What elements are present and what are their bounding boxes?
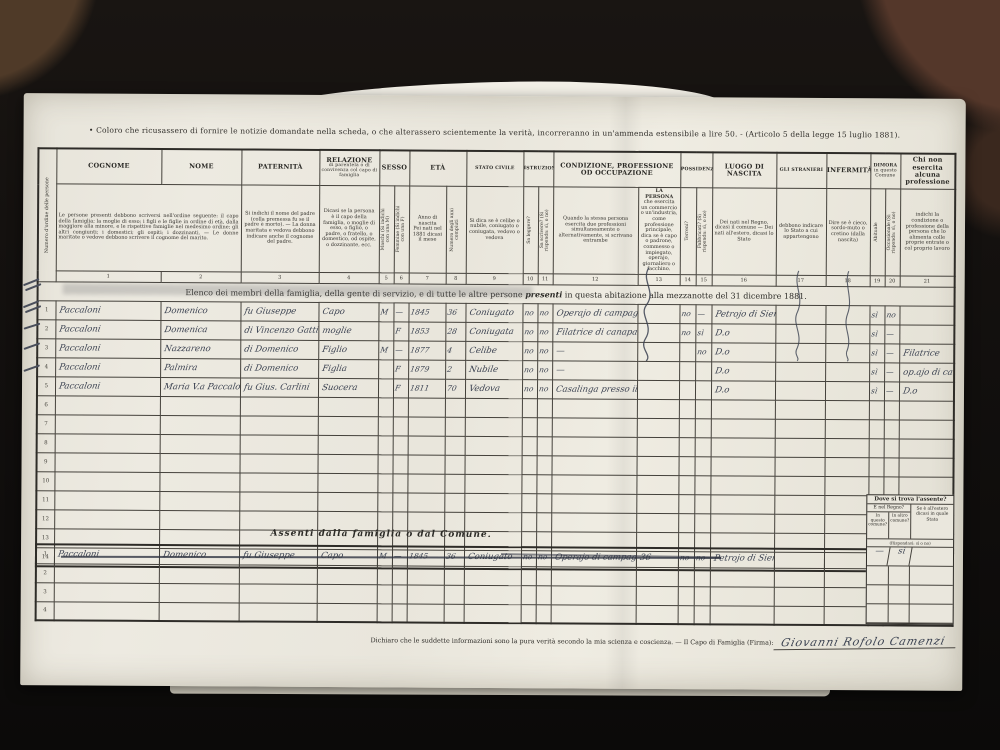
col-header-dimora: DIMORAin questo Comune [870, 153, 900, 189]
cell-paternita [239, 511, 317, 530]
cell-chi_non [899, 306, 954, 325]
cell-condizione [551, 494, 636, 514]
cell-legge [521, 585, 536, 604]
cell-paternita [239, 583, 317, 602]
cell-m: M [378, 341, 393, 360]
cell-nome: Maria V.a Paccaloni [160, 377, 240, 396]
head-of-family-signature: Giovanni Rofolo Camenzi [774, 634, 960, 650]
cell-cognome [55, 415, 160, 435]
cell-m [378, 417, 393, 436]
cell-occasionale: — [884, 363, 899, 382]
cell-cognome: Paccaloni [55, 301, 160, 321]
cell-infermita [824, 514, 868, 533]
cell-infermita [825, 400, 869, 419]
cell-relazione [317, 603, 377, 622]
cell-terreni [679, 457, 695, 476]
cell-luogo: D.o [711, 362, 775, 381]
cell-infermita [825, 438, 869, 457]
cell-occasionale [884, 439, 899, 458]
cell-stranieri [774, 495, 824, 514]
col-header-nome: NOME [161, 149, 241, 185]
cell-luogo [710, 495, 774, 514]
column-number: 1 [56, 271, 161, 283]
cell-occasionale: — [884, 325, 899, 344]
cell-terreni [678, 495, 694, 514]
cell-persona [637, 437, 679, 456]
cell-nome [159, 583, 239, 602]
cell-stato [464, 474, 521, 493]
cell-legge: no [522, 342, 537, 361]
cell-f: F [393, 379, 408, 398]
cell-condizione: Operajo di campagna [552, 304, 637, 324]
column-number: 2 [161, 271, 241, 282]
cell-scrive [537, 437, 552, 456]
cell-m [377, 565, 392, 584]
cell-nome: Domenica [160, 320, 240, 339]
cell-paternita: fu Gius. Carlini [240, 378, 318, 397]
cell-scrive: no [537, 361, 552, 380]
cell-cognome: Paccaloni [54, 544, 159, 564]
cell-stato [465, 436, 522, 455]
cell-f [392, 584, 407, 603]
cell-legge: no [522, 361, 537, 380]
cell-stranieri [775, 362, 825, 381]
col-header-chi-non-esercita: Chi non esercita alcuna professione [900, 153, 955, 189]
cell-fabbricati [694, 495, 710, 514]
cell-persona [637, 456, 679, 475]
cell-anni: 70 [445, 379, 465, 398]
cell-stranieri [775, 419, 825, 438]
cell-anno [408, 398, 445, 417]
cell-scrive [536, 604, 551, 623]
census-table: Numero d'ordine delle persone COGNOME NO… [35, 147, 957, 573]
desc-chi-non-esercita: indichi la condizione o professione dell… [900, 189, 956, 276]
cell-luogo: D.o [711, 343, 775, 362]
cell-condizione [551, 604, 636, 624]
cell-f [393, 436, 408, 455]
cell-paternita: di Domenico [240, 359, 318, 378]
cell-stato [464, 566, 521, 585]
cell-f: F [393, 322, 408, 341]
cell-anno [408, 417, 445, 436]
declaration-line: Dichiaro che le suddette informazioni so… [370, 632, 955, 650]
cell-cognome [54, 582, 159, 602]
cell-cognome: Paccaloni [55, 377, 160, 397]
column-number: 9 [466, 273, 523, 284]
cell-fabbricati [695, 438, 711, 457]
col-header-possidenza: POSSIDENZA [680, 152, 712, 188]
cell-cognome [54, 491, 159, 511]
cell-fabbricati [695, 419, 711, 438]
column-number: 10 [523, 274, 538, 285]
cell-stato [464, 512, 521, 531]
cell-fabbricati [694, 605, 710, 624]
cell-nome: Domenico [159, 545, 239, 564]
cell-abituale [869, 401, 884, 420]
desc-la-persona: LA PERSONA che esercita un commercio o u… [638, 187, 681, 274]
estero-label: Se è all'estero dicasi in quale Stato [911, 505, 953, 539]
cell-persona [636, 494, 678, 513]
cell-luogo [711, 400, 775, 419]
col-header-infermita: INFERMITÀ [826, 153, 870, 189]
cell-occasionale: no [884, 306, 899, 325]
column-number: 8 [446, 273, 466, 284]
column-number: 20 [885, 276, 900, 287]
cell-anno [407, 474, 444, 493]
cell-condizione [552, 437, 637, 457]
cell-persona [637, 399, 679, 418]
cell-stranieri [774, 568, 824, 587]
cell-relazione [318, 416, 378, 435]
cell-legge [521, 494, 536, 513]
cell-legge [522, 437, 537, 456]
cell-n: 12 [36, 510, 54, 529]
desc-anno-nascita: Anno di nascitaPei nati nel 1881 dicasi … [409, 186, 447, 273]
cell-m [378, 322, 393, 341]
cell-n: 4 [37, 358, 55, 377]
cell-stranieri [774, 514, 824, 533]
cell-cognome [54, 601, 159, 621]
cell-luogo: D.o [711, 324, 775, 343]
cell-condizione [552, 456, 637, 476]
cell-paternita: fu Giuseppe [240, 302, 318, 321]
cell-persona [636, 586, 678, 605]
cell-stranieri [775, 438, 825, 457]
desc-fabbricati: Fabbricati? (Si risponda: sì, o no) [696, 188, 713, 275]
cell-abituale: sì [869, 306, 884, 325]
cell-abituale: sì [869, 363, 884, 382]
cell-anni [444, 474, 464, 493]
cell-n: 3 [37, 339, 55, 358]
dove-box-row [867, 585, 953, 605]
cell-condizione: Filatrice di canapa [552, 323, 637, 343]
cell-stranieri [775, 457, 825, 476]
col-header-eta: ETÀ [409, 150, 466, 186]
cell-relazione [317, 584, 377, 603]
cell-persona [636, 567, 678, 586]
cell-f [392, 512, 407, 531]
cell-terreni: no [679, 305, 695, 324]
column-number: 15 [696, 275, 712, 286]
cell-luogo [710, 567, 774, 586]
cell-m [378, 379, 393, 398]
cell-anni: 2 [445, 360, 465, 379]
cell-occasionale [884, 420, 899, 439]
col-header-sesso: SESSO [379, 150, 409, 186]
cell-terreni [679, 381, 695, 400]
cell-stato [465, 398, 522, 417]
cell-m [378, 398, 393, 417]
cell-abituale: sì [869, 382, 884, 401]
cell-scrive [536, 585, 551, 604]
cell-relazione: moglie [318, 321, 378, 340]
cell-stato [464, 493, 521, 512]
cell-stato: Vedova [465, 379, 522, 398]
cell-relazione [317, 492, 377, 511]
column-number: 5 [379, 273, 394, 284]
cell-luogo [711, 438, 775, 457]
cell-infermita [824, 495, 868, 514]
desc-sa-scrivere: Sa scrivere? (Si risponda: sì, o no) [538, 187, 554, 274]
cell-n: 9 [37, 453, 55, 472]
cell-n: 4 [36, 601, 54, 620]
cell-persona [637, 361, 679, 380]
cell-anno: 1879 [408, 360, 445, 379]
cell-paternita [239, 492, 317, 511]
cell-anni [445, 417, 465, 436]
cell-abituale [868, 477, 883, 496]
cell-nome [159, 491, 239, 510]
cell-m [377, 584, 392, 603]
cell-abituale [869, 439, 884, 458]
cell-scrive: no [537, 304, 552, 323]
cell-anno [407, 493, 444, 512]
cell-legge [521, 566, 536, 585]
regno-label: È nel Regno? [867, 504, 910, 512]
cell-terreni [678, 586, 694, 605]
cell-relazione [317, 565, 377, 584]
cell-scrive: no [537, 380, 552, 399]
cell-infermita [825, 362, 869, 381]
cell-cognome [55, 396, 160, 416]
column-number: 3 [241, 272, 319, 283]
cell-anno [407, 584, 444, 603]
cell-legge [521, 456, 536, 475]
col-header-stranieri: GLI STRANIERI [776, 153, 826, 189]
cell-stato: Celibe [465, 341, 522, 360]
cell-terreni [679, 343, 695, 362]
cell-n: 5 [37, 377, 55, 396]
cell-relazione [317, 473, 377, 492]
cell-anno [407, 565, 444, 584]
column-number: 16 [712, 275, 776, 286]
column-number: 14 [680, 275, 696, 286]
cell-relazione [318, 397, 378, 416]
cell-luogo [710, 605, 774, 624]
cell-nome: Palmira [160, 358, 240, 377]
cell-nome: Nazzareno [160, 339, 240, 358]
cell-occasionale [884, 401, 899, 420]
cell-anni [444, 493, 464, 512]
column-number: 12 [553, 274, 638, 286]
cell-chi_non [899, 439, 954, 458]
cell-legge: no [522, 304, 537, 323]
cell-in-questo: — [865, 547, 890, 565]
cell-persona [636, 605, 678, 624]
cell-anni: 36 [445, 303, 465, 322]
cell-cognome [54, 563, 159, 583]
col-header-condizione: CONDIZIONE, PROFESSIONE OD OCCUPAZIONE [553, 151, 680, 187]
cell-fabbricati [694, 476, 710, 495]
col-header-numero: Numero d'ordine delle persone [38, 148, 57, 282]
cell-scrive [536, 456, 551, 475]
cell-m [377, 512, 392, 531]
cell-fabbricati [695, 457, 711, 476]
cell-cognome [55, 434, 160, 454]
cell-anni: 4 [445, 341, 465, 360]
cell-n: 6 [37, 396, 55, 415]
cell-legge: no [522, 323, 537, 342]
cell-abituale [869, 458, 884, 477]
col-header-istruzione: ISTRUZIONE [523, 151, 553, 187]
cell-anni [444, 512, 464, 531]
col-header-relazione: RELAZIONEdi parentela o di convivenza co… [319, 150, 379, 186]
column-number: 19 [870, 276, 885, 287]
cell-stato [465, 417, 522, 436]
cell-anno: 1853 [408, 322, 445, 341]
cell-fabbricati: — [695, 305, 711, 324]
cell-occasionale: — [884, 382, 899, 401]
dove-box-row: — sì [867, 547, 953, 567]
col-header-cognome: COGNOME [56, 148, 161, 184]
cell-cognome [54, 472, 159, 492]
cell-anni [445, 436, 465, 455]
cell-infermita [824, 606, 868, 625]
cell-chi_non [899, 420, 954, 439]
census-sheet: • Coloro che ricusassero di fornire le n… [20, 93, 966, 691]
desc-femmine: Femmine (Si indichi con una F) [394, 186, 410, 273]
cell-m [377, 603, 392, 622]
column-number: 7 [409, 273, 446, 284]
cell-paternita [239, 473, 317, 492]
cell-anni [444, 455, 464, 474]
cell-condizione [551, 585, 636, 605]
cell-m [377, 474, 392, 493]
cell-condizione [551, 566, 636, 586]
cell-paternita: di Domenico [240, 340, 318, 359]
desc-sa-leggere: Sa leggere? [523, 187, 539, 274]
cell-relazione [317, 511, 377, 530]
cell-condizione: — [552, 342, 637, 362]
cell-luogo [710, 514, 774, 533]
cell-legge [521, 475, 536, 494]
cell-anni [444, 604, 464, 623]
cell-infermita [824, 568, 868, 587]
legal-notice: • Coloro che ricusassero di fornire le n… [24, 125, 966, 140]
cell-abituale: sì [869, 344, 884, 363]
cell-m [377, 493, 392, 512]
cell-stato: Nubile [465, 360, 522, 379]
cell-f [392, 565, 407, 584]
cell-relazione: Figlio [318, 340, 378, 359]
cell-luogo [711, 457, 775, 476]
cell-m [378, 436, 393, 455]
cell-n: 11 [36, 491, 54, 510]
cell-nome [160, 434, 240, 453]
cell-legge [522, 418, 537, 437]
cell-terreni [678, 605, 694, 624]
cell-n: 10 [36, 472, 54, 491]
cell-relazione [318, 435, 378, 454]
cell-abituale [869, 420, 884, 439]
cell-luogo: Petrojo di Siena [711, 305, 775, 324]
cell-cognome [55, 453, 160, 473]
cell-infermita [825, 457, 869, 476]
cell-legge [522, 399, 537, 418]
cell-luogo: D.o [711, 381, 775, 400]
cell-paternita [239, 602, 317, 621]
cell-f: — [393, 303, 408, 322]
cell-stranieri [775, 381, 825, 400]
cell-fabbricati [694, 567, 710, 586]
cell-legge [521, 604, 536, 623]
dove-box-row [867, 604, 953, 624]
cell-terreni [678, 514, 694, 533]
desc-stranieri: debbono indicare lo Stato a cui apparten… [776, 188, 827, 275]
cell-nome [159, 510, 239, 529]
cell-anno [407, 512, 444, 531]
desc-paternita: Si indichi il nome del padre (colla prem… [241, 185, 320, 272]
cell-paternita [240, 416, 318, 435]
cell-persona [636, 513, 678, 532]
brace-mark [788, 270, 809, 362]
cell-stato: Coniugata [465, 322, 522, 341]
cell-nome [160, 396, 240, 415]
cell-f [392, 455, 407, 474]
desc-anni-compiuti: Numero degli anni compiuti [446, 186, 467, 273]
cell-m: M [378, 303, 393, 322]
photo-backdrop: • Coloro che ricusassero di fornire le n… [0, 0, 1000, 750]
cell-nome: Domenico [160, 301, 240, 320]
cell-fabbricati [695, 362, 711, 381]
cell-f [393, 398, 408, 417]
cell-stranieri [774, 606, 824, 625]
cell-stato [464, 604, 521, 623]
desc-occasionale: Occasionale (Si risponda: sì, o no) [885, 189, 901, 276]
cell-cognome: Paccaloni [55, 339, 160, 359]
cell-occasionale [884, 458, 899, 477]
desc-infermita: Dire se è cieco, sordo-muto o cretino (d… [826, 189, 871, 276]
cell-n: 3 [36, 582, 54, 601]
desc-terreni: Terreni? [680, 188, 697, 275]
col-header-luogo-nascita: LUOGO DI NASCITA [712, 152, 776, 188]
cell-luogo [710, 586, 774, 605]
cell-legge [521, 513, 536, 532]
cell-chi_non: op.ajo di camp.a [899, 363, 954, 382]
desc-maschi: Maschi (Si indichi con una M) [379, 186, 395, 273]
cell-anni [444, 585, 464, 604]
cell-nome [159, 602, 239, 621]
cell-condizione: — [552, 361, 637, 381]
cell-luogo [710, 476, 774, 495]
cell-stranieri [774, 549, 824, 568]
cell-anni: 28 [445, 322, 465, 341]
column-number: 4 [319, 272, 379, 283]
col-header-stato-civile: STATO CIVILE [466, 151, 523, 187]
cell-chi_non [899, 458, 954, 477]
cell-terreni: no [679, 324, 695, 343]
cell-terreni [679, 400, 695, 419]
cell-chi_non [899, 401, 954, 420]
cell-infermita [825, 419, 869, 438]
cell-luogo [711, 419, 775, 438]
cell-n: 2 [36, 563, 54, 582]
cell-f [393, 417, 408, 436]
cell-f: F [393, 360, 408, 379]
desc-cognome-nome: Le persone presenti debbono scriversi ne… [56, 184, 242, 272]
declaration-text: Dichiaro che le suddette informazioni so… [370, 636, 773, 646]
cell-estero [908, 548, 954, 566]
in-questo-comune-label: In questo comune? [867, 512, 888, 538]
cell-scrive: no [537, 323, 552, 342]
cell-condizione [551, 513, 636, 533]
cell-f [392, 603, 407, 622]
cell-stranieri [775, 400, 825, 419]
column-number: 11 [538, 274, 553, 285]
cell-nome [159, 564, 239, 583]
cell-relazione: Figlia [318, 359, 378, 378]
cell-fabbricati [695, 400, 711, 419]
